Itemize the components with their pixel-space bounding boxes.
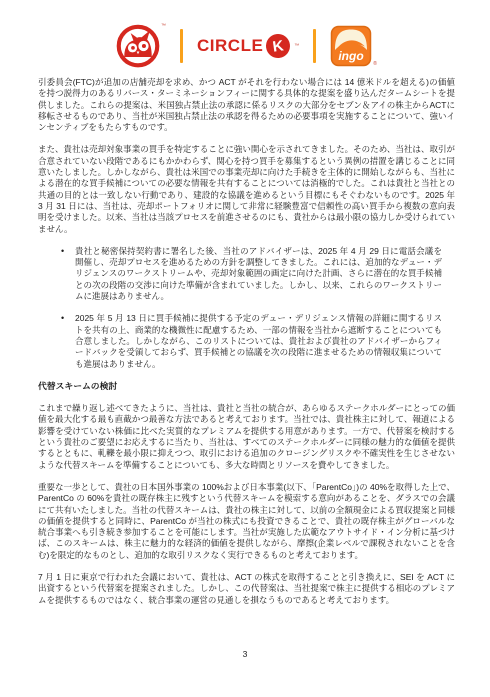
list-item: 貴社と秘密保持契約書に署名した後、当社のアドバイザーは、2025 年 4 月 2… — [38, 246, 455, 302]
list-item: 2025 年 5 月 13 日に買手候補に提供する予定のデュー・デリジェンス情報… — [38, 313, 455, 369]
circle-k-trademark: ™ — [294, 44, 299, 49]
paragraph-tokyo-meeting: 7 月 1 日に東京で行われた会議において、貴社は、ACT の株式を取得すること… — [38, 572, 455, 606]
couche-tard-logo: ™ — [116, 24, 166, 68]
ingo-icon: ingo — [330, 25, 372, 67]
ingo-wordmark: ingo — [339, 49, 364, 63]
ingo-logo: ingo ® — [330, 25, 377, 67]
paragraph-ftc-proposal: 引委員会(FTC)が追加の店舗売却を求め、かつ ACT がそれを行わない場合には… — [38, 77, 455, 133]
page-number: 3 — [0, 649, 490, 659]
bullet-dd-list: 2025 年 5 月 13 日に買手候補に提供する予定のデュー・デリジェンス情報… — [75, 313, 442, 368]
logo-divider — [313, 29, 316, 63]
owl-trademark: ™ — [161, 24, 166, 29]
bullet-list: 貴社と秘密保持契約書に署名した後、当社のアドバイザーは、2025 年 4 月 2… — [38, 246, 455, 370]
circle-k-badge-icon: K — [265, 32, 292, 59]
paragraph-buyer-identification: また、貴社は売却対象事業の買手を特定することに強い関心を示されてきました。そのた… — [38, 144, 455, 234]
logo-header: ™ CIRCLE K ™ ingo ® — [38, 22, 455, 70]
couche-tard-owl-icon — [116, 24, 160, 68]
circle-k-logo: CIRCLE K ™ — [197, 34, 299, 58]
document-page: ™ CIRCLE K ™ ingo ® 引委員会(FTC)が追加の店舗売却を求め… — [0, 0, 490, 697]
section-title-alternative-scheme: 代替スキームの検討 — [38, 381, 455, 392]
paragraph-parentco-scheme: 重要な一歩として、貴社の日本国外事業の 100%および日本事業(以下、「Pare… — [38, 482, 455, 561]
paragraph-integration-value: これまで繰り返し述べてきたように、当社は、貴社と当社の統合が、あらゆるステークホ… — [38, 403, 455, 471]
circle-k-letter: K — [272, 38, 285, 54]
circle-k-wordmark: CIRCLE — [197, 36, 263, 56]
ingo-trademark: ® — [373, 62, 377, 67]
logo-divider — [180, 29, 183, 63]
bullet-nda-call: 貴社と秘密保持契約書に署名した後、当社のアドバイザーは、2025 年 4 月 2… — [75, 246, 442, 301]
